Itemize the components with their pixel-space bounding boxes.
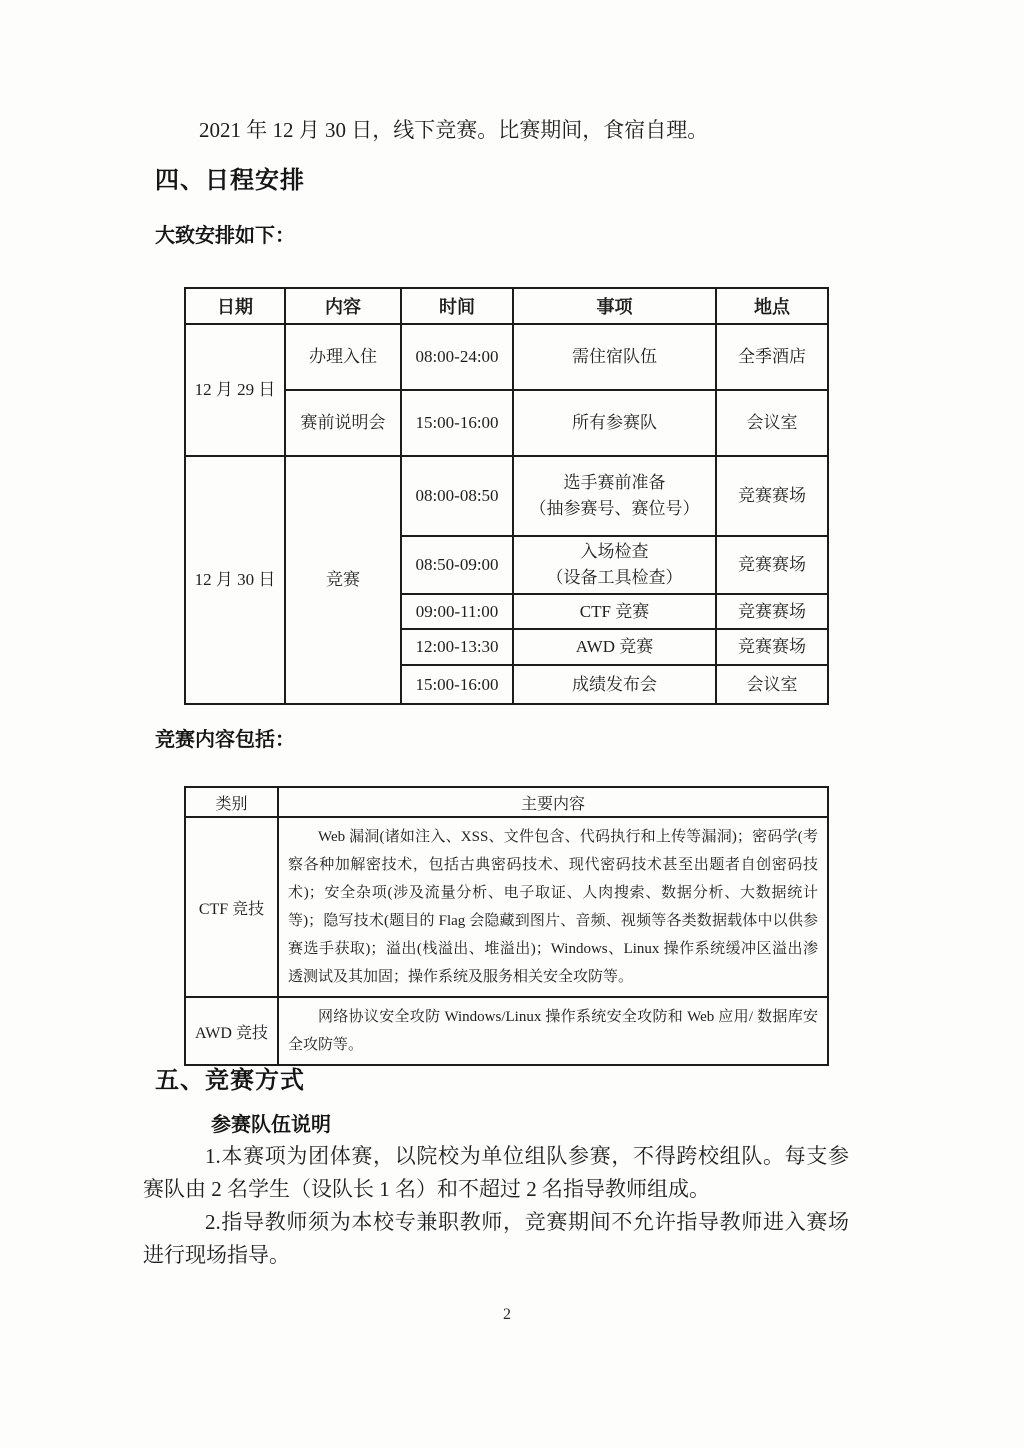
detail-cell: Web 漏洞(诸如注入、XSS、文件包含、代码执行和上传等漏洞)；密码学(考察各… [278, 817, 828, 997]
item-cell: 所有参赛队 [513, 390, 716, 456]
rule-paragraph: 2.指导教师须为本校专兼职教师，竞赛期间不允许指导教师进入赛场进行现场指导。 [143, 1206, 849, 1272]
location-cell: 全季酒店 [716, 324, 828, 390]
column-header: 地点 [716, 288, 828, 324]
column-header: 事项 [513, 288, 716, 324]
schedule-header-row: 日期内容时间事项地点 [185, 288, 828, 324]
document-page: 2021 年 12 月 30 日，线下竞赛。比赛期间，食宿自理。 四、日程安排 … [0, 0, 1024, 1448]
item-cell: 需住宿队伍 [513, 324, 716, 390]
content-header-row: 类别主要内容 [185, 787, 828, 817]
time-cell: 08:00-08:50 [401, 456, 513, 536]
category-cell: CTF 竞技 [185, 817, 278, 997]
location-cell: 竞赛赛场 [716, 629, 828, 665]
location-cell: 会议室 [716, 390, 828, 456]
time-cell: 15:00-16:00 [401, 390, 513, 456]
page-number: 2 [0, 1306, 1014, 1324]
time-cell: 15:00-16:00 [401, 665, 513, 704]
item-cell: AWD 竞赛 [513, 629, 716, 665]
location-cell: 竞赛赛场 [716, 456, 828, 536]
date-cell: 12 月 30 日 [185, 456, 285, 704]
schedule-subheading: 大致安排如下： [155, 219, 295, 248]
item-cell: CTF 竞赛 [513, 594, 716, 629]
column-header: 主要内容 [278, 787, 828, 817]
table-row: AWD 竞技网络协议安全攻防 Windows/Linux 操作系统安全攻防和 W… [185, 997, 828, 1065]
date-cell: 12 月 29 日 [185, 324, 285, 456]
section-5-heading: 五、竞赛方式 [155, 1060, 305, 1095]
schedule-table: 日期内容时间事项地点 12 月 29 日办理入住08:00-24:00需住宿队伍… [184, 287, 829, 705]
column-header: 日期 [185, 288, 285, 324]
location-cell: 会议室 [716, 665, 828, 704]
column-header: 内容 [285, 288, 401, 324]
column-header: 时间 [401, 288, 513, 324]
item-cell: 入场检查（设备工具检查） [513, 536, 716, 594]
time-cell: 08:50-09:00 [401, 536, 513, 594]
location-cell: 竞赛赛场 [716, 536, 828, 594]
item-cell: 选手赛前准备（抽参赛号、赛位号） [513, 456, 716, 536]
team-description-subheading: 参赛队伍说明 [211, 1108, 331, 1137]
time-cell: 08:00-24:00 [401, 324, 513, 390]
table-row: CTF 竞技Web 漏洞(诸如注入、XSS、文件包含、代码执行和上传等漏洞)；密… [185, 817, 828, 997]
category-cell: AWD 竞技 [185, 997, 278, 1065]
column-header: 类别 [185, 787, 278, 817]
time-cell: 09:00-11:00 [401, 594, 513, 629]
rule-paragraph: 1.本赛项为团体赛，以院校为单位组队参赛，不得跨校组队。每支参赛队由 2 名学生… [143, 1140, 849, 1206]
rules-paragraphs: 1.本赛项为团体赛，以院校为单位组队参赛，不得跨校组队。每支参赛队由 2 名学生… [143, 1140, 849, 1272]
content-intro-subheading: 竞赛内容包括： [155, 723, 295, 752]
section-4-heading: 四、日程安排 [155, 160, 305, 195]
content-cell: 竞赛 [285, 456, 401, 704]
item-cell: 成绩发布会 [513, 665, 716, 704]
detail-cell: 网络协议安全攻防 Windows/Linux 操作系统安全攻防和 Web 应用/… [278, 997, 828, 1065]
content-cell: 赛前说明会 [285, 390, 401, 456]
table-row: 12 月 30 日竞赛08:00-08:50选手赛前准备（抽参赛号、赛位号）竞赛… [185, 456, 828, 536]
time-cell: 12:00-13:30 [401, 629, 513, 665]
content-cell: 办理入住 [285, 324, 401, 390]
content-table: 类别主要内容 CTF 竞技Web 漏洞(诸如注入、XSS、文件包含、代码执行和上… [184, 786, 829, 1066]
location-cell: 竞赛赛场 [716, 594, 828, 629]
table-row: 12 月 29 日办理入住08:00-24:00需住宿队伍全季酒店 [185, 324, 828, 390]
intro-paragraph: 2021 年 12 月 30 日，线下竞赛。比赛期间，食宿自理。 [143, 114, 849, 146]
